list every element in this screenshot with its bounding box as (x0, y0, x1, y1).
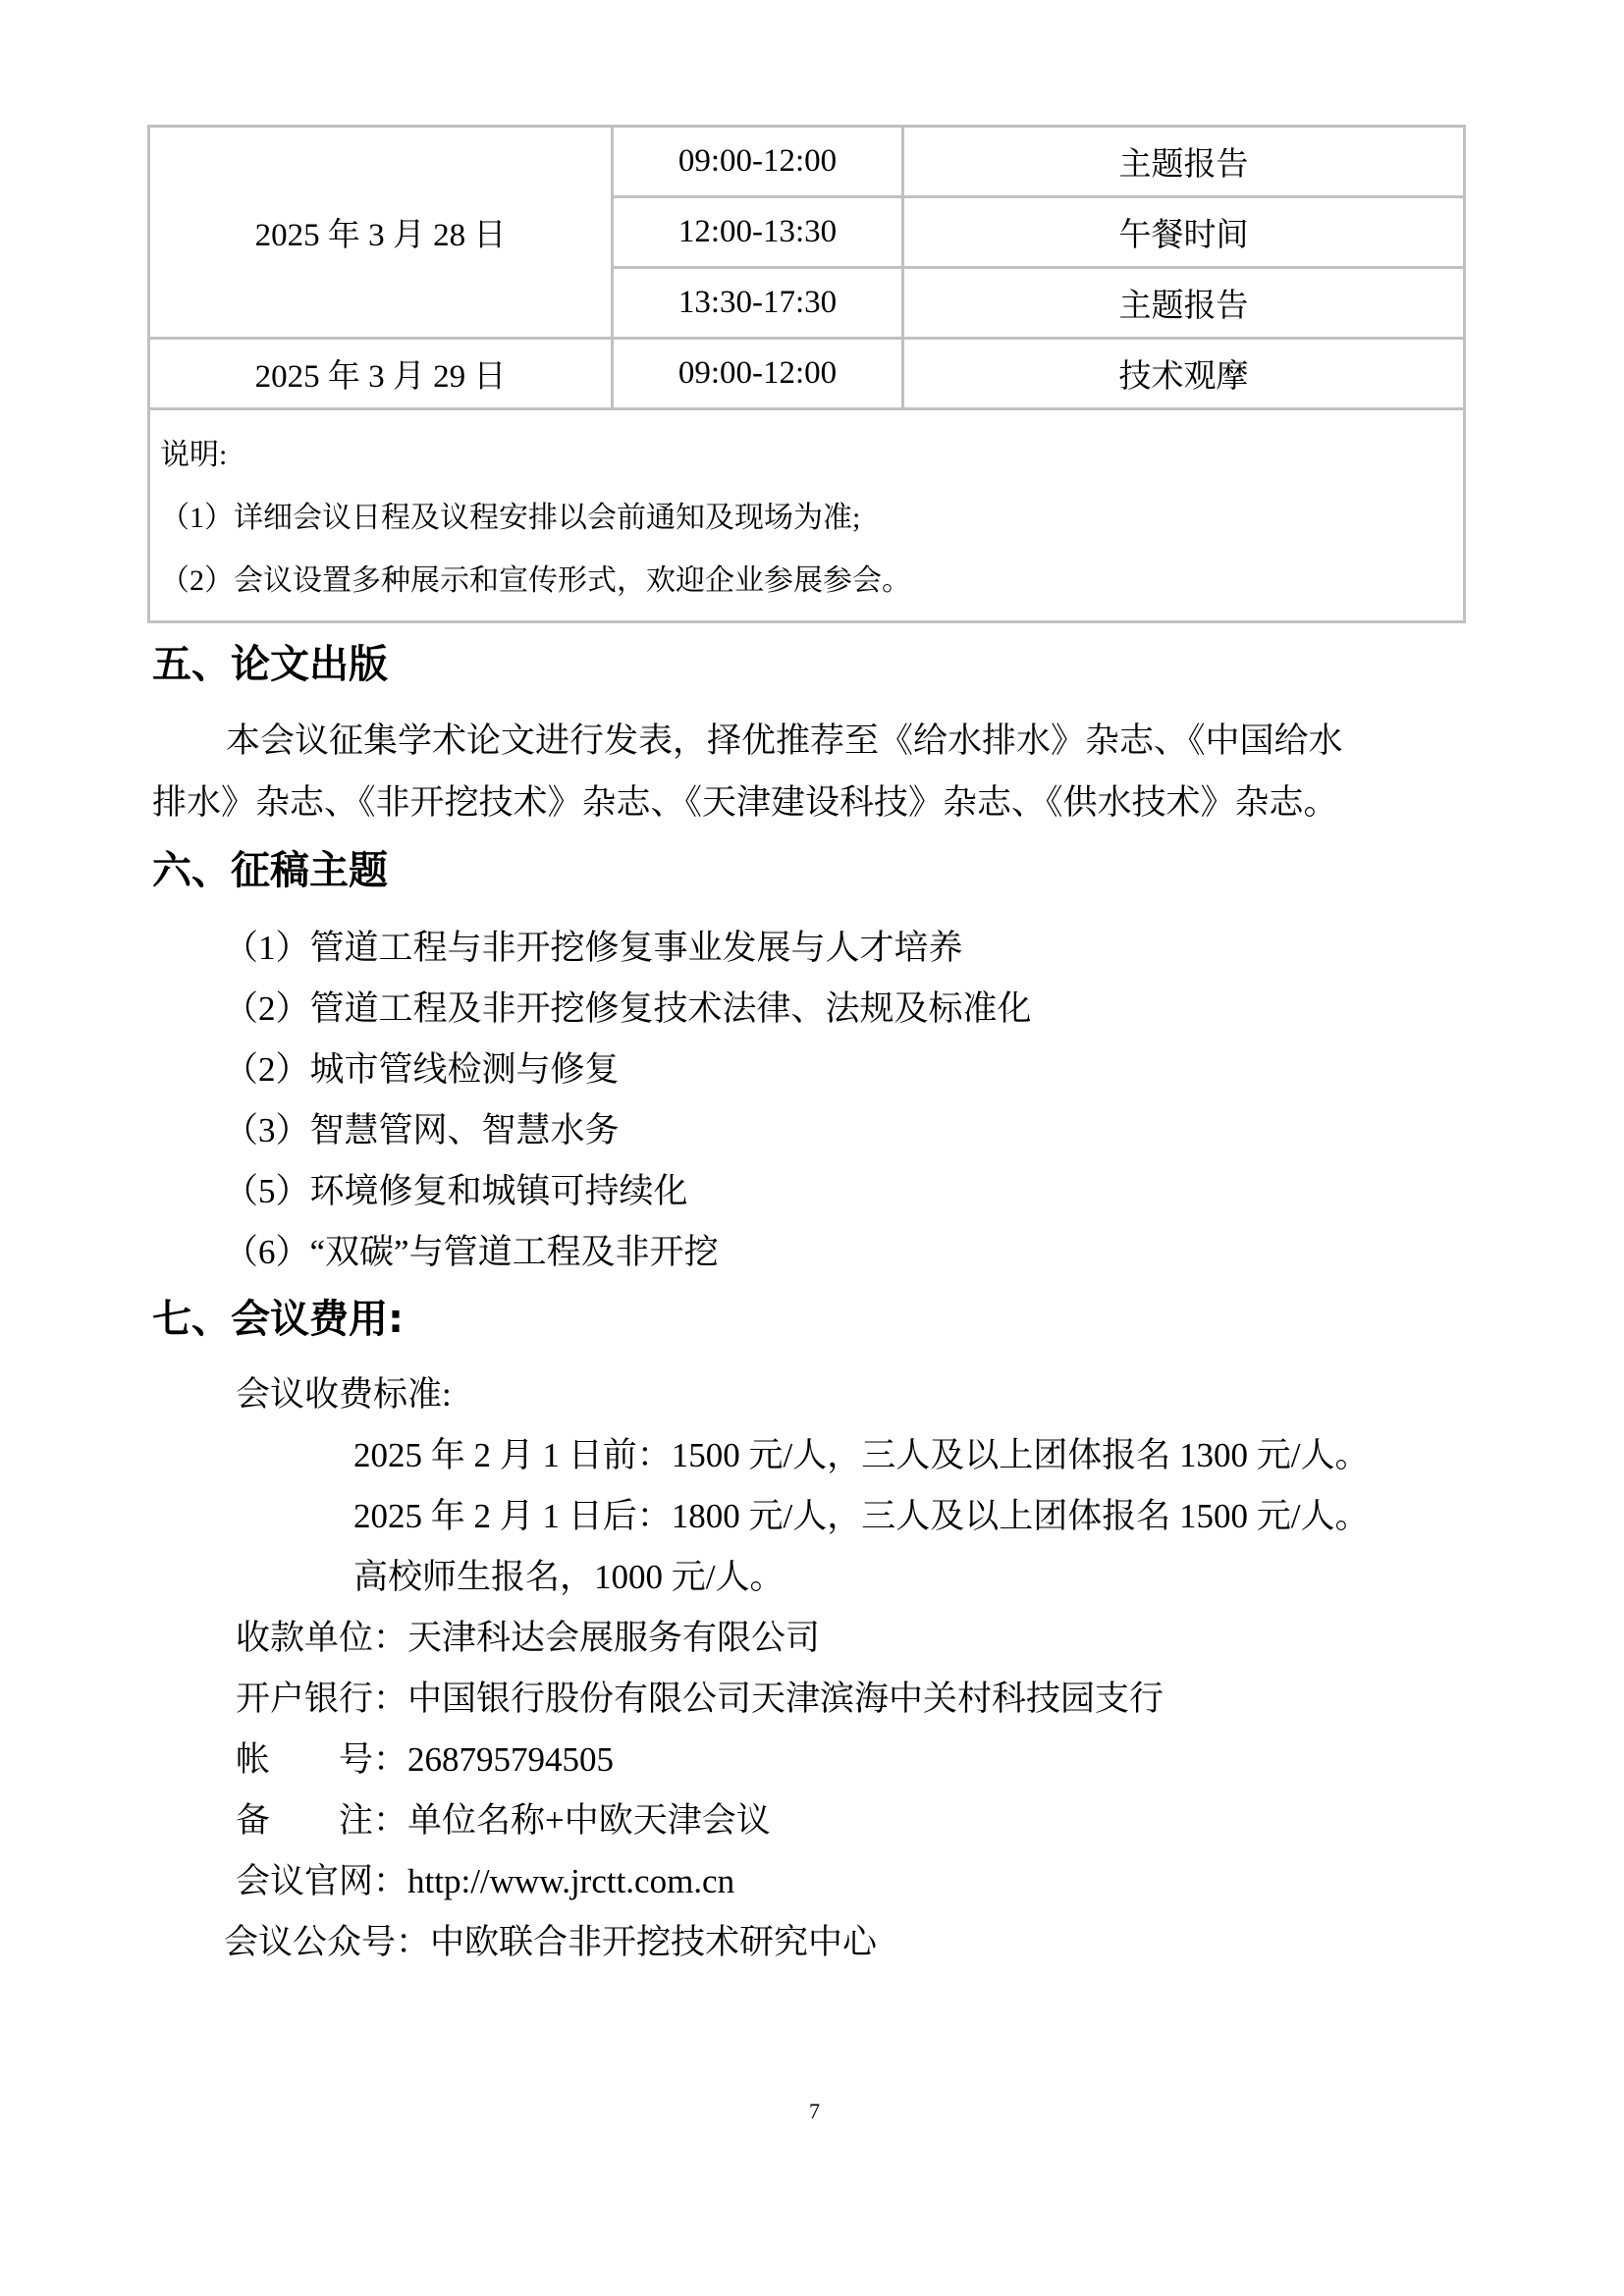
website-line: 会议官网：http://www.jrctt.com.cn (236, 1854, 734, 1903)
page-number: 7 (809, 2099, 820, 2124)
note-row: 说明: （1）详细会议日程及议程安排以会前通知及现场为准; （2）会议设置多种展… (149, 409, 1465, 622)
date-cell: 2025 年 3 月 28 日 (149, 127, 613, 339)
remark-line: 备 注：单位名称+中欧天津会议 (236, 1793, 771, 1842)
activity-cell: 午餐时间 (903, 197, 1465, 268)
wechat-line: 会议公众号：中欧联合非开挖技术研究中心 (224, 1915, 877, 1964)
section-heading-topics: 六、征稿主题 (152, 839, 388, 895)
remark-value: 单位名称+中欧天津会议 (407, 1801, 771, 1840)
paragraph-line: 本会议征集学术论文进行发表，择优推荐至《给水排水》杂志、《中国给水 (226, 714, 1343, 763)
section-heading-publication: 五、论文出版 (152, 633, 388, 689)
paragraph-line: 排水》杂志、《非开挖技术》杂志、《天津建设科技》杂志、《供水技术》杂志。 (152, 775, 1338, 825)
account-line: 帐 号：268795794505 (236, 1733, 614, 1782)
website-link[interactable]: http://www.jrctt.com.cn (407, 1862, 734, 1900)
list-item: （1）管道工程与非开挖修复事业发展与人才培养 (224, 921, 963, 970)
note-item: （2）会议设置多种展示和宣传形式，欢迎企业参展参会。 (160, 550, 1453, 613)
activity-cell: 主题报告 (903, 268, 1465, 339)
wechat-label: 会议公众号： (224, 1923, 430, 1961)
table-row: 2025 年 3 月 29 日 09:00-12:00 技术观摩 (149, 339, 1465, 409)
fee-title: 会议收费标准: (236, 1367, 452, 1416)
list-item: （3）智慧管网、智慧水务 (224, 1103, 620, 1152)
remark-label: 备 注： (236, 1801, 407, 1840)
note-title: 说明: (160, 424, 1453, 487)
account-label: 帐 号： (236, 1740, 407, 1779)
time-cell: 09:00-12:00 (613, 127, 903, 197)
table-row: 2025 年 3 月 28 日 09:00-12:00 主题报告 (149, 127, 1465, 197)
list-item: （5）环境修复和城镇可持续化 (224, 1164, 688, 1213)
note-cell: 说明: （1）详细会议日程及议程安排以会前通知及现场为准; （2）会议设置多种展… (149, 409, 1465, 622)
payee-line: 收款单位：天津科达会展服务有限公司 (236, 1611, 820, 1660)
time-cell: 13:30-17:30 (613, 268, 903, 339)
time-cell: 12:00-13:30 (613, 197, 903, 268)
schedule-table: 2025 年 3 月 28 日 09:00-12:00 主题报告 12:00-1… (147, 125, 1466, 623)
list-item: （6）“双碳”与管道工程及非开挖 (224, 1225, 719, 1274)
payee-label: 收款单位： (236, 1619, 407, 1657)
account-value: 268795794505 (407, 1740, 614, 1779)
date-cell: 2025 年 3 月 29 日 (149, 339, 613, 409)
time-cell: 09:00-12:00 (613, 339, 903, 409)
fee-line: 2025 年 2 月 1 日后：1800 元/人，三人及以上团体报名 1500 … (353, 1489, 1369, 1538)
website-label: 会议官网： (236, 1862, 407, 1900)
activity-cell: 技术观摩 (903, 339, 1465, 409)
fee-line: 高校师生报名，1000 元/人。 (353, 1550, 784, 1599)
fee-line: 2025 年 2 月 1 日前：1500 元/人，三人及以上团体报名 1300 … (353, 1428, 1369, 1477)
note-item: （1）详细会议日程及议程安排以会前通知及现场为准; (160, 487, 1453, 550)
bank-value: 中国银行股份有限公司天津滨海中关村科技园支行 (407, 1680, 1164, 1718)
wechat-value: 中欧联合非开挖技术研究中心 (430, 1923, 877, 1961)
bank-label: 开户银行： (236, 1680, 407, 1718)
activity-cell: 主题报告 (903, 127, 1465, 197)
list-item: （2）城市管线检测与修复 (224, 1042, 620, 1092)
section-heading-fees: 七、会议费用: (152, 1288, 404, 1344)
bank-line: 开户银行：中国银行股份有限公司天津滨海中关村科技园支行 (236, 1672, 1164, 1721)
list-item: （2）管道工程及非开挖修复技术法律、法规及标准化 (224, 982, 1032, 1031)
payee-value: 天津科达会展服务有限公司 (407, 1619, 820, 1657)
